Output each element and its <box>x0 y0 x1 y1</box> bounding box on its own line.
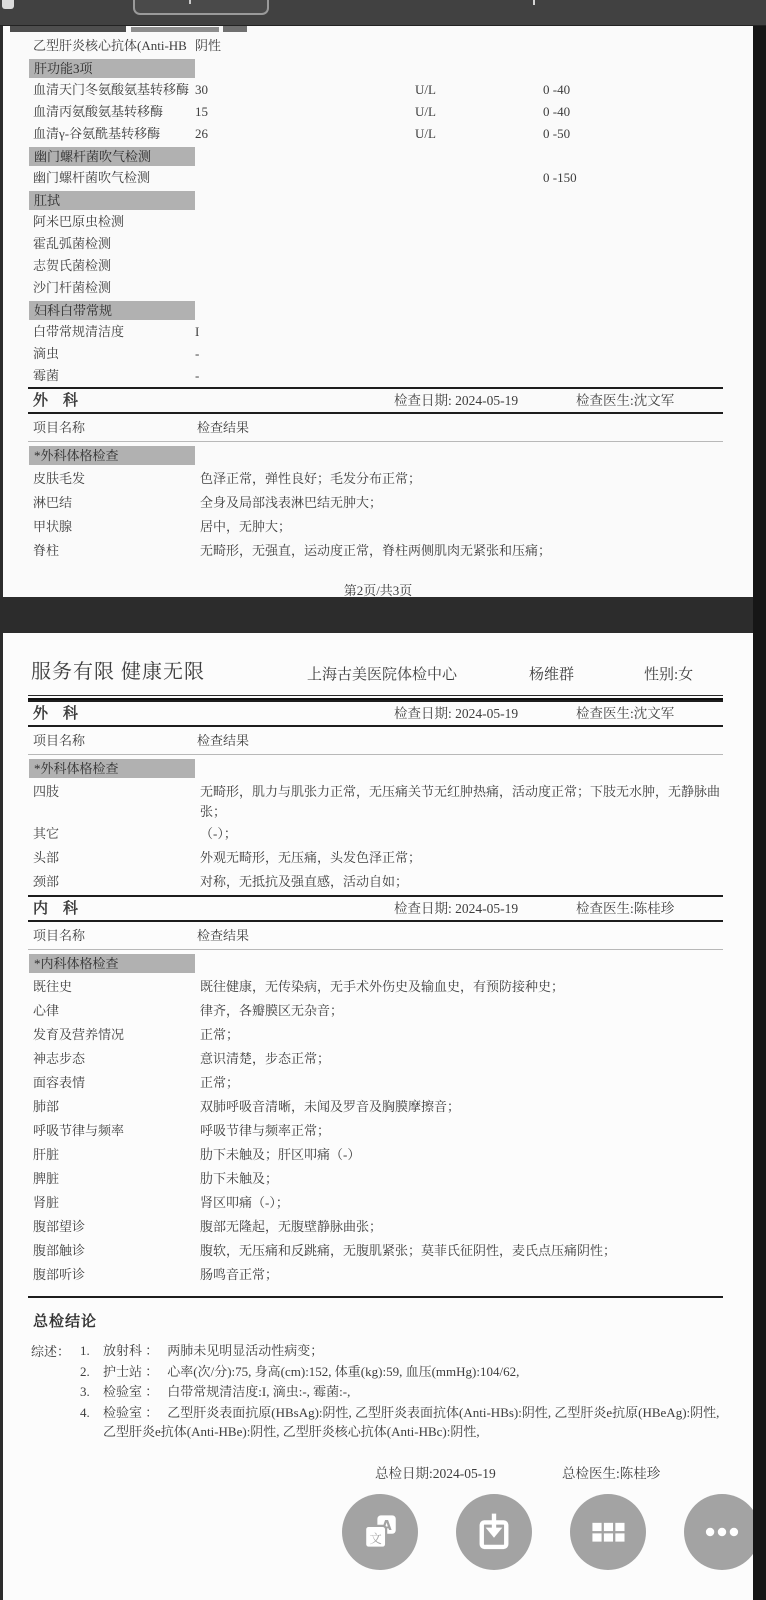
exam-item-label: 肝脏 <box>33 1145 59 1165</box>
table-column-headers: 项目名称 检查结果 <box>28 414 723 442</box>
lab-item-name: 霉菌 <box>33 365 59 387</box>
exam-date: 检查日期: 2024-05-19 <box>394 702 518 725</box>
conclusion-item-text: 乙型肝炎表面抗原(HBsAg):阴性, 乙型肝炎表面抗体(Anti-HBs):阴… <box>103 1405 719 1440</box>
lab-item-name: 志贺氏菌检测 <box>33 255 111 277</box>
report-header: 服务有限 健康无限 上海古美医院体检中心 杨维群 性别:女 <box>3 633 753 695</box>
exam-item-label: 其它 <box>33 824 59 844</box>
exam-item-label: 甲状腺 <box>33 517 72 537</box>
exam-item-label: 心律 <box>33 1001 59 1021</box>
lab-item-name: 沙门杆菌检测 <box>33 277 111 299</box>
exam-row: 腹部触诊腹软，无压痛和反跳痛，无腹肌紧张；莫菲氏征阴性，麦氏点压痛阴性； <box>3 1240 753 1264</box>
exam-row: 既往史既往健康，无传染病，无手术外伤史及输血史，有预防接种史； <box>3 976 753 1000</box>
lab-group-header: 妇科白带常规 <box>29 301 195 320</box>
lab-item-name: 血清γ-谷氨酰基转移酶 <box>33 123 160 145</box>
exam-item-label: 发育及营养情况 <box>33 1025 124 1045</box>
exam-item-result: 色泽正常，弹性良好；毛发分布正常； <box>200 469 735 489</box>
conclusion-item-text: 两肺未见明显活动性病变； <box>167 1343 323 1358</box>
final-exam-doctor: 总检医生:陈桂珍 <box>562 1462 660 1482</box>
exam-row: 腹部听诊肠鸣音正常； <box>3 1264 753 1288</box>
hospital-slogan: 服务有限 健康无限 <box>31 655 205 684</box>
group-band: *外科体格检查 <box>29 446 195 465</box>
exam-row: 呼吸节律与频率呼吸节律与频率正常； <box>3 1120 753 1144</box>
lab-row: 志贺氏菌检测 <box>3 255 753 277</box>
conclusion-item-text: 白带常规清洁度:I, 滴虫:-, 霉菌:-, <box>167 1384 350 1399</box>
section-bar-surgery-p2: 外 科 检查日期: 2024-05-19 检查医生:沈文军 <box>28 387 723 414</box>
surgery-exam-rows-p3: 四肢无畸形，肌力与肌张力正常，无压痛关节无红肿热痛，活动度正常；下肢无水肿，无静… <box>3 781 753 895</box>
lab-group-header: 肝功能3项 <box>29 59 195 78</box>
column-item-name: 项目名称 <box>28 420 85 435</box>
lab-row: 霍乱弧菌检测 <box>3 233 753 255</box>
exam-doctor: 检查医生:沈文军 <box>576 702 674 725</box>
exam-item-label: 皮肤毛发 <box>33 469 85 489</box>
exam-row: 头部外观无畸形，无压痛，头发色泽正常； <box>3 847 753 871</box>
exam-item-result: 正常； <box>200 1073 735 1093</box>
section-title: 外 科 <box>28 706 78 722</box>
final-sign-line: 总检日期:2024-05-19 总检医生:陈桂珍 <box>3 1462 753 1482</box>
exam-item-result: 律齐，各瓣膜区无杂音； <box>200 1001 735 1021</box>
exam-row: 脾脏肋下未触及； <box>3 1168 753 1192</box>
exam-row: 发育及营养情况正常； <box>3 1024 753 1048</box>
exam-item-label: 脾脏 <box>33 1169 59 1189</box>
exam-item-result: 正常； <box>200 1025 735 1045</box>
exam-row: 皮肤毛发色泽正常，弹性良好；毛发分布正常； <box>3 468 753 492</box>
exam-doctor: 检查医生:沈文军 <box>576 389 674 412</box>
exam-item-label: 神志步态 <box>33 1049 85 1069</box>
translate-icon: A 文 <box>359 1511 401 1553</box>
table-column-headers: 项目名称 检查结果 <box>28 727 723 755</box>
lab-item-name: 白带常规清洁度 <box>33 321 124 343</box>
exam-item-result: 肠鸣音正常； <box>200 1265 735 1285</box>
column-result: 检查结果 <box>197 414 249 441</box>
conclusion-item-department: 检验室 ： <box>103 1405 158 1420</box>
lab-row: 霉菌- <box>3 365 753 387</box>
exam-item-result: 肋下未触及；肝区叩痛（-） <box>200 1145 735 1165</box>
lab-item-range: 0 -50 <box>543 123 570 145</box>
exam-row: 四肢无畸形，肌力与肌张力正常，无压痛关节无红肿热痛，活动度正常；下肢无水肿，无静… <box>3 781 753 823</box>
lab-item-value: I <box>195 321 199 343</box>
exam-row: 面容表情正常； <box>3 1072 753 1096</box>
column-item-name: 项目名称 <box>28 928 85 943</box>
exam-item-label: 腹部听诊 <box>33 1265 85 1285</box>
exam-item-result: 居中，无肿大； <box>200 517 735 537</box>
lab-item-unit: U/L <box>415 101 436 123</box>
exam-item-result: 无畸形，无强直，运动度正常，脊柱两侧肌肉无紧张和压痛； <box>200 541 735 561</box>
column-result: 检查结果 <box>197 922 249 949</box>
internal-exam-rows: 既往史既往健康，无传染病，无手术外伤史及输血史，有预防接种史；心律律齐，各瓣膜区… <box>3 976 753 1288</box>
conclusion-block: 综述： 1.放射科 ：两肺未见明显活动性病变；2.护士站 ：心率(次/分):75… <box>3 1341 753 1442</box>
page-number: 第2页/共3页 <box>3 580 753 599</box>
table-column-headers: 项目名称 检查结果 <box>28 922 723 950</box>
conclusion-item-number: 4. <box>80 1403 90 1423</box>
lab-item-range: 0 -40 <box>543 79 570 101</box>
lab-item-name: 霍乱弧菌检测 <box>33 233 111 255</box>
lab-item-value: 26 <box>195 123 208 145</box>
exam-item-result: （-）； <box>200 824 735 844</box>
section-bar-internal: 内 科 检查日期: 2024-05-19 检查医生:陈桂珍 <box>28 895 723 922</box>
exam-row: 淋巴结全身及局部浅表淋巴结无肿大； <box>3 492 753 516</box>
more-icon <box>700 1510 744 1554</box>
exam-item-label: 肺部 <box>33 1097 59 1117</box>
lab-row: 阿米巴原虫检测 <box>3 211 753 233</box>
conclusion-item: 4.检验室 ：乙型肝炎表面抗原(HBsAg):阴性, 乙型肝炎表面抗体(Anti… <box>103 1403 729 1442</box>
exam-item-label: 脊柱 <box>33 541 59 561</box>
conclusion-items: 1.放射科 ：两肺未见明显活动性病变；2.护士站 ：心率(次/分):75, 身高… <box>103 1341 729 1442</box>
right-edge-strip <box>753 0 766 1600</box>
exam-item-result: 双肺呼吸音清晰，未闻及罗音及胸膜摩擦音； <box>200 1097 735 1117</box>
exam-date: 检查日期: 2024-05-19 <box>394 897 518 920</box>
section-bar-surgery-p3: 外 科 检查日期: 2024-05-19 检查医生:沈文军 <box>28 700 723 727</box>
patient-name: 杨维群 <box>529 663 574 684</box>
lab-row: 血清天门冬氨酸氨基转移酶30U/L0 -40 <box>3 79 753 101</box>
exam-row: 神志步态意识清楚，步态正常； <box>3 1048 753 1072</box>
lab-item-name: 乙型肝炎核心抗体(Anti-HB <box>33 35 187 57</box>
exam-item-result: 肾区叩痛（-）； <box>200 1193 735 1213</box>
group-band: *内科体格检查 <box>29 954 195 973</box>
cut-off-row <box>3 25 753 35</box>
exam-date: 检查日期: 2024-05-19 <box>394 389 518 412</box>
report-page-3: 服务有限 健康无限 上海古美医院体检中心 杨维群 性别:女 外 科 检查日期: … <box>3 633 753 1600</box>
conclusion-item-number: 3. <box>80 1382 90 1402</box>
exam-item-result: 腹部无隆起，无腹壁静脉曲张； <box>200 1217 735 1237</box>
exam-row: 肾脏肾区叩痛（-）； <box>3 1192 753 1216</box>
exam-item-label: 腹部望诊 <box>33 1217 85 1237</box>
download-icon <box>473 1511 515 1553</box>
lab-row: 沙门杆菌检测 <box>3 277 753 299</box>
conclusion-item-text: 心率(次/分):75, 身高(cm):152, 体重(kg):59, 血压(mm… <box>167 1364 519 1379</box>
conclusion-item-number: 1. <box>80 1341 90 1361</box>
conclusion-item-department: 检验室 ： <box>103 1384 158 1399</box>
translate-button[interactable]: A 文 <box>342 1494 418 1570</box>
conclusion-title: 总检结论 <box>33 1310 753 1331</box>
exam-item-result: 既往健康，无传染病，无手术外伤史及输血史，有预防接种史； <box>200 977 735 997</box>
exam-item-result: 腹软，无压痛和反跳痛，无腹肌紧张；莫菲氏征阴性，麦氏点压痛阴性； <box>200 1241 735 1261</box>
exam-item-label: 既往史 <box>33 977 72 997</box>
conclusion-label: 综述： <box>31 1341 70 1360</box>
floating-action-buttons: A 文 <box>0 1494 766 1570</box>
lab-group-header: 肛拭 <box>29 191 195 210</box>
report-page-2: 乙型肝炎核心抗体(Anti-HB阴性肝功能3项血清天门冬氨酸氨基转移酶30U/L… <box>3 25 753 597</box>
lab-item-name: 幽门螺杆菌吹气检测 <box>33 167 150 189</box>
lab-item-unit: U/L <box>415 123 436 145</box>
toolbar-center-button[interactable] <box>133 0 269 15</box>
lab-row: 乙型肝炎核心抗体(Anti-HB阴性 <box>3 35 753 57</box>
lab-item-name: 血清丙氨酸氨基转移酶 <box>33 101 163 123</box>
exam-doctor: 检查医生:陈桂珍 <box>576 897 674 920</box>
conclusion-item-department: 放射科 ： <box>103 1343 158 1358</box>
exam-item-result: 意识清楚，步态正常； <box>200 1049 735 1069</box>
lab-row: 血清γ-谷氨酰基转移酶26U/L0 -50 <box>3 123 753 145</box>
exam-item-label: 四肢 <box>33 782 59 802</box>
conclusion-item-department: 护士站 ： <box>103 1364 158 1379</box>
exam-row: 心律律齐，各瓣膜区无杂音； <box>3 1000 753 1024</box>
lab-row: 幽门螺杆菌吹气检测0 -150 <box>3 167 753 189</box>
lab-item-value: 阴性 <box>195 35 221 57</box>
column-item-name: 项目名称 <box>28 733 85 748</box>
toolbar-cursor-tick <box>533 0 535 5</box>
lab-group-header: 幽门螺杆菌吹气检测 <box>29 147 195 166</box>
exam-item-result: 肋下未触及； <box>200 1169 735 1189</box>
exam-item-label: 头部 <box>33 848 59 868</box>
lab-item-unit: U/L <box>415 79 436 101</box>
conclusion-item: 3.检验室 ：白带常规清洁度:I, 滴虫:-, 霉菌:-, <box>103 1382 729 1402</box>
conclusion-item: 2.护士站 ：心率(次/分):75, 身高(cm):152, 体重(kg):59… <box>103 1362 729 1382</box>
section-title: 内 科 <box>28 901 78 917</box>
exam-row: 颈部对称，无抵抗及强直感，活动自如； <box>3 871 753 895</box>
exam-item-label: 颈部 <box>33 872 59 892</box>
lab-item-value: 30 <box>195 79 208 101</box>
lab-item-value: 15 <box>195 101 208 123</box>
lab-item-value: - <box>195 343 199 365</box>
group-band: *外科体格检查 <box>29 759 195 778</box>
exam-item-result: 对称，无抵抗及强直感，活动自如； <box>200 872 735 892</box>
exam-item-label: 面容表情 <box>33 1073 85 1093</box>
exam-row: 腹部望诊腹部无隆起，无腹壁静脉曲张； <box>3 1216 753 1240</box>
exam-item-label: 肾脏 <box>33 1193 59 1213</box>
exam-row: 脊柱无畸形，无强直，运动度正常，脊柱两侧肌肉无紧张和压痛； <box>3 540 753 564</box>
exam-center-name: 上海古美医院体检中心 <box>307 663 457 684</box>
grid-button[interactable] <box>570 1494 646 1570</box>
exam-item-result: 外观无畸形，无压痛，头发色泽正常； <box>200 848 735 868</box>
lab-item-range: 0 -40 <box>543 101 570 123</box>
exam-item-label: 呼吸节律与频率 <box>33 1121 124 1141</box>
lab-item-name: 血清天门冬氨酸氨基转移酶 <box>33 79 189 101</box>
conclusion-item-number: 2. <box>80 1362 90 1382</box>
exam-row: 甲状腺居中，无肿大； <box>3 516 753 540</box>
lab-row: 血清丙氨酸氨基转移酶15U/L0 -40 <box>3 101 753 123</box>
lab-results-table: 乙型肝炎核心抗体(Anti-HB阴性肝功能3项血清天门冬氨酸氨基转移酶30U/L… <box>3 35 753 387</box>
section-title: 外 科 <box>28 393 78 409</box>
exam-item-label: 淋巴结 <box>33 493 72 513</box>
lab-item-name: 阿米巴原虫检测 <box>33 211 124 233</box>
lab-item-value: - <box>195 365 199 387</box>
exam-row: 肺部双肺呼吸音清晰，未闻及罗音及胸膜摩擦音； <box>3 1096 753 1120</box>
lab-item-name: 滴虫 <box>33 343 59 365</box>
more-button[interactable] <box>684 1494 760 1570</box>
surgery-exam-rows-p2: 皮肤毛发色泽正常，弹性良好；毛发分布正常；淋巴结全身及局部浅表淋巴结无肿大；甲状… <box>3 468 753 564</box>
lab-item-range: 0 -150 <box>543 167 577 189</box>
exam-item-result: 无畸形，肌力与肌张力正常，无压痛关节无红肿热痛，活动度正常；下肢无水肿，无静脉曲… <box>200 782 735 822</box>
grid-icon <box>586 1510 630 1554</box>
toolbar-left-chip[interactable] <box>2 0 14 9</box>
column-result: 检查结果 <box>197 727 249 754</box>
exam-row: 肝脏肋下未触及；肝区叩痛（-） <box>3 1144 753 1168</box>
svg-text:文: 文 <box>370 1532 382 1546</box>
exam-row: 其它（-）； <box>3 823 753 847</box>
conclusion-item: 1.放射科 ：两肺未见明显活动性病变； <box>103 1341 729 1361</box>
exam-item-result: 全身及局部浅表淋巴结无肿大； <box>200 493 735 513</box>
section-rule <box>28 1296 723 1298</box>
top-toolbar <box>0 0 766 26</box>
toolbar-tick <box>189 0 191 4</box>
download-button[interactable] <box>456 1494 532 1570</box>
patient-gender: 性别:女 <box>644 663 693 684</box>
final-exam-date: 总检日期:2024-05-19 <box>375 1462 496 1482</box>
lab-row: 滴虫- <box>3 343 753 365</box>
lab-row: 白带常规清洁度I <box>3 321 753 343</box>
exam-item-label: 腹部触诊 <box>33 1241 85 1261</box>
exam-item-result: 呼吸节律与频率正常； <box>200 1121 735 1141</box>
